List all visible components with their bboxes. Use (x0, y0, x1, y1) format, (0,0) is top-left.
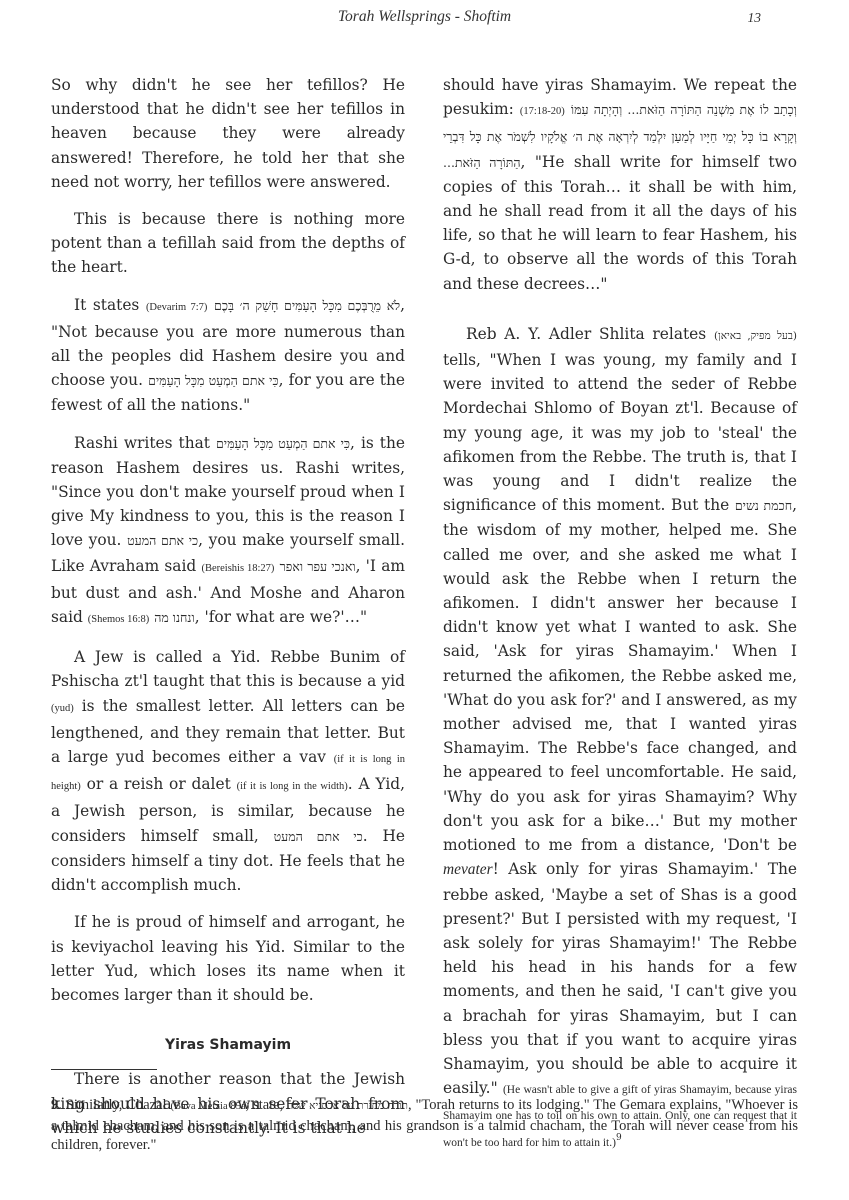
text: , the wisdom of my mother, helped me. Sh… (443, 496, 797, 854)
citation: (17:18-20) (520, 106, 565, 117)
paragraph: should have yiras Shamayim. We repeat th… (443, 73, 797, 296)
footnote: 9. Similarly, Chazal (Bava Metzia 85a) s… (51, 1096, 798, 1156)
hebrew-quote: כי אתם המעט (274, 829, 363, 844)
section-heading: Yiras Shamayim (51, 1033, 405, 1057)
left-column: So why didn't he see her tefillos? He un… (51, 73, 405, 1153)
text: It states (74, 296, 146, 314)
citation: (Bava Metzia 85a) (170, 1101, 249, 1112)
paragraph: A Jew is called a Yid. Rebbe Bunim of Ps… (51, 645, 405, 897)
page-number: 13 (748, 10, 762, 26)
hebrew-quote: כִּי אתם הַמְעַט מִכָּל הָעַמִּים (148, 373, 278, 388)
running-title: Torah Wellsprings - Shoftim (0, 8, 849, 26)
paragraph: Rashi writes that כִּי אתם הַמְעַט מִכָּ… (51, 431, 405, 633)
text: A Jew is called a Yid. Rebbe Bunim of Ps… (51, 648, 405, 690)
footnote-divider (51, 1069, 157, 1070)
hebrew-quote: לֹא מֵרֻבְּכֶם מִכָּל הָעַמִּים חָשַׁק ה… (214, 298, 400, 313)
text: state, (249, 1097, 287, 1113)
hebrew-quote: כִּי אתם הַמְעַט מִכָּל הָעַמִּים (216, 436, 350, 451)
citation: (yud) (51, 703, 74, 714)
text: Reb A. Y. Adler Shlita relates (466, 325, 714, 343)
right-column: should have yiras Shamayim. We repeat th… (443, 73, 797, 1168)
text: Rashi writes that (74, 434, 216, 452)
hebrew-quote: כי אתם המעט (127, 533, 198, 548)
aside: (if it is long in the width) (237, 781, 348, 792)
hebrew-quote: ונחנו מה (154, 610, 195, 625)
text: tells, "When I was young, my family and … (443, 351, 797, 514)
hebrew-quote: ואנכי עפר ואפר (280, 559, 356, 574)
paragraph: Reb A. Y. Adler Shlita relates (בעל מפיק… (443, 322, 797, 1155)
hebrew-citation: (בעל מפיק, באיאן) (714, 330, 797, 342)
text: , 'for what are we?'…" (195, 608, 367, 626)
citation: (Bereishis 18:27) (201, 563, 274, 574)
hebrew-quote: תורה מחזרת על אכסניא שלה (287, 1100, 408, 1112)
paragraph: This is because there is nothing more po… (51, 207, 405, 280)
text: or a reish or dalet (81, 775, 237, 793)
italic-term: mevater (443, 861, 493, 878)
text: ! Ask only for yiras Shamayim.' The rebb… (443, 860, 797, 1097)
paragraph: If he is proud of himself and arrogant, … (51, 910, 405, 1007)
citation: (Shemos 16:8) (88, 614, 150, 625)
page-header: Torah Wellsprings - Shoftim 13 (0, 0, 849, 36)
hebrew-quote: חכמת נשים (735, 498, 792, 513)
paragraph: So why didn't he see her tefillos? He un… (51, 73, 405, 194)
citation: (Devarim 7:7) (146, 302, 208, 313)
text: . Similarly, Chazal (58, 1097, 170, 1113)
paragraph: It states (Devarim 7:7) לֹא מֵרֻבְּכֶם מ… (51, 293, 405, 418)
text: , "He shall write for himself two copies… (443, 153, 797, 293)
